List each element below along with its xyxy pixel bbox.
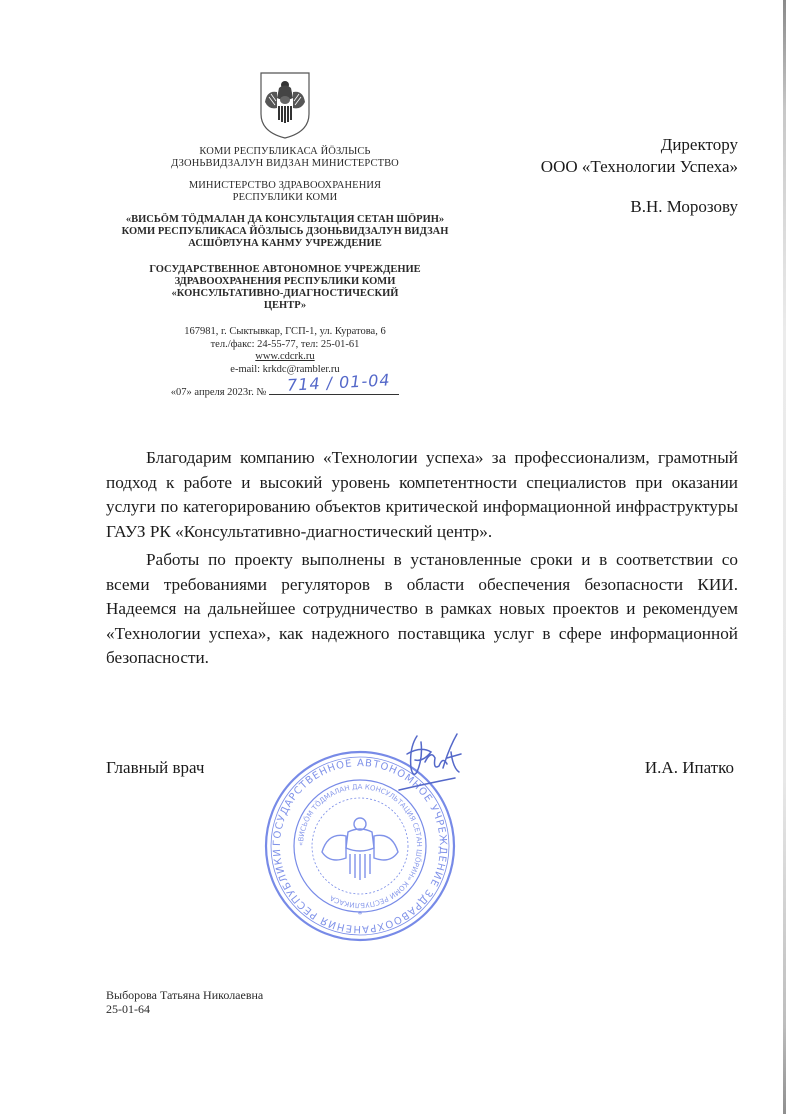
letter-body: Благодарим компанию «Технологии успеха» …	[106, 446, 738, 671]
ministry-name: МИНИСТЕРСТВО ЗДРАВООХРАНЕНИЯ РЕСПУБЛИКИ …	[100, 180, 470, 204]
reg-number-handwritten: 714 / 01-04	[287, 370, 391, 394]
body-paragraph: Работы по проекту выполнены в установлен…	[106, 548, 738, 671]
addressee-name: В.Н. Морозову	[541, 196, 738, 218]
institution-name: ГОСУДАРСТВЕННОЕ АВТОНОМНОЕ УЧРЕЖДЕНИЕ ЗД…	[100, 264, 470, 312]
svg-text:«ВИСЬÖМ ТÖДМАЛАН ДА КОНСУЛЬТАЦ: «ВИСЬÖМ ТÖДМАЛАН ДА КОНСУЛЬТАЦИЯ СЕТАН Ш…	[297, 783, 423, 909]
address: 167981, г. Сыктывкар, ГСП-1, ул. Куратов…	[100, 326, 470, 339]
contact-info: 167981, г. Сыктывкар, ГСП-1, ул. Куратов…	[100, 326, 470, 376]
svg-text:*: *	[358, 910, 363, 921]
komi-republic-coat-of-arms-icon	[257, 70, 313, 140]
body-paragraph: Благодарим компанию «Технологии успеха» …	[106, 446, 738, 544]
reg-number-field: 714 / 01-04	[269, 385, 399, 395]
date-and-number: «07» апреля 2023г. № 714 / 01-04	[100, 385, 470, 398]
phones: тел./факс: 24-55-77, тел: 25-01-61	[100, 339, 470, 352]
addressee-position: Директору	[541, 134, 738, 156]
signer-role: Главный врач	[106, 758, 204, 778]
handwritten-signature-icon	[395, 728, 475, 796]
letter-date: «07» апреля 2023г. №	[171, 387, 267, 398]
website-link[interactable]: www.cdcrk.ru	[100, 351, 470, 364]
signer-name: И.А. Ипатко	[645, 758, 734, 778]
letterhead: КОМИ РЕСПУБЛИКАСА ЙÖЗЛЫСЬ ДЗОНЬВИДЗАЛУН …	[100, 70, 470, 398]
komi-institution-name: «ВИСЬÖМ ТÖДМАЛАН ДА КОНСУЛЬТАЦИЯ СЕТАН Ш…	[100, 214, 470, 250]
email: e-mail: krkdc@rambler.ru	[100, 364, 470, 377]
executor-info: Выборова Татьяна Николаевна 25-01-64	[106, 988, 263, 1016]
executor-phone: 25-01-64	[106, 1002, 263, 1016]
addressee-company: ООО «Технологии Успеха»	[541, 156, 738, 178]
addressee-block: Директору ООО «Технологии Успеха» В.Н. М…	[541, 134, 738, 218]
executor-name: Выборова Татьяна Николаевна	[106, 988, 263, 1002]
komi-ministry-name: КОМИ РЕСПУБЛИКАСА ЙÖЗЛЫСЬ ДЗОНЬВИДЗАЛУН …	[100, 146, 470, 170]
